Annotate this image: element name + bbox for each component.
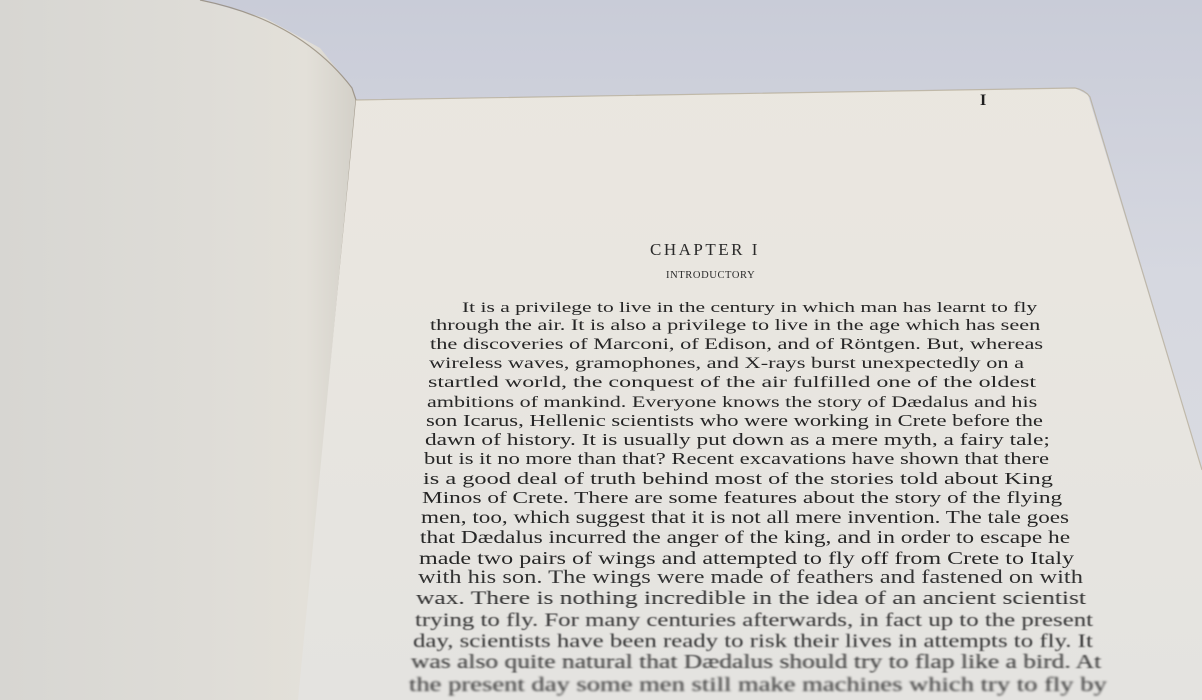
text-line: but is it no more than that? Recent exca…: [424, 451, 1049, 468]
text-line: the present day some men still make mach…: [409, 675, 1107, 695]
text-line: Minos of Crete. There are some features …: [422, 489, 1062, 506]
text-line: It is a privilege to live in the century…: [462, 300, 1037, 315]
text-line: is a good deal of truth behind most of t…: [423, 470, 1053, 487]
text-line: wax. There is nothing incredible in the …: [416, 590, 1086, 609]
text-line: wireless waves, gramophones, and X-rays …: [429, 356, 1024, 372]
page-number: I: [980, 92, 986, 110]
text-line: trying to fly. For many centuries afterw…: [415, 611, 1093, 630]
chapter-title: CHAPTER I: [650, 240, 760, 260]
text-line: ambitions of mankind. Everyone knows the…: [427, 394, 1037, 410]
left-page-blank: [0, 0, 360, 700]
text-line: was also quite natural that Dædalus shou…: [411, 653, 1101, 673]
text-line: that Dædalus incurred the anger of the k…: [420, 529, 1070, 547]
text-line: with his son. The wings were made of fea…: [418, 569, 1083, 588]
text-line: dawn of history. It is usually put down …: [425, 432, 1050, 449]
text-line: day, scientists have been ready to risk …: [413, 632, 1093, 651]
text-line: men, too, which suggest that it is not a…: [421, 509, 1069, 527]
chapter-subtitle: INTRODUCTORY: [666, 270, 755, 281]
text-line: through the air. It is also a privilege …: [430, 318, 1040, 333]
text-line: son Icarus, Hellenic scientists who were…: [426, 413, 1043, 429]
text-line: made two pairs of wings and attempted to…: [419, 549, 1074, 567]
text-line: startled world, the conquest of the air …: [428, 375, 1036, 391]
text-line: the discoveries of Marconi, of Edison, a…: [430, 337, 1043, 353]
